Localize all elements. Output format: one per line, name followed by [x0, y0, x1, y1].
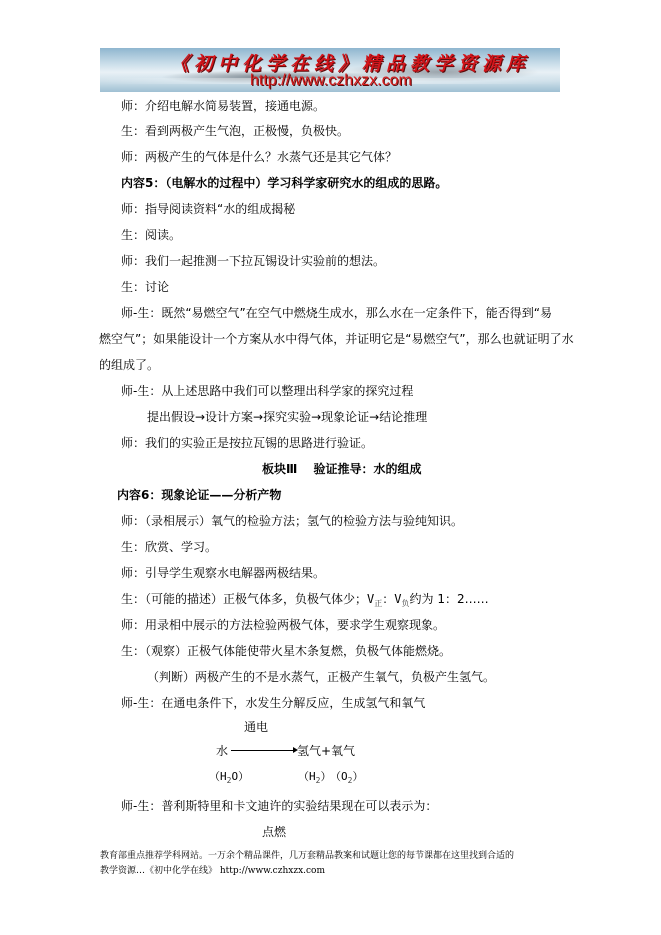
- formula-water: （H2O）: [209, 770, 249, 788]
- dialogue-line-continued: 燃空气”；如果能设计一个方案从水中得气体，并证明它是“易燃空气”，那么也就证明了…: [99, 332, 574, 346]
- dialogue-line: 师：我们的实验正是按拉瓦锡的思路进行验证。: [121, 436, 373, 450]
- dialogue-line: 生：讨论: [121, 280, 169, 294]
- dialogue-line: 生：看到两极产生气泡，正极慢，负极快。: [121, 124, 349, 138]
- dialogue-line: 师-生：普利斯特里和卡文迪许的实验结果现在可以表示为：: [121, 799, 437, 813]
- formula-oxygen: （O2）: [330, 770, 363, 788]
- dialogue-line-volume-ratio: 生：（可能的描述）正极气体多，负极气体少；V正：V负约为 1：2……: [121, 592, 489, 611]
- banner-url-link[interactable]: http://www.czhxzx.com: [250, 72, 412, 90]
- dialogue-line-judgement: （判断）两极产生的不是水蒸气，正极产生氧气，负极产生氢气。: [147, 670, 495, 684]
- reactant-water: 水: [216, 744, 228, 758]
- volume-symbol: V: [394, 592, 401, 606]
- inquiry-process-steps: 提出假设→设计方案→探究实验→现象论证→结论推理: [147, 410, 427, 424]
- ratio-colon: ：: [382, 592, 394, 606]
- dialogue-line: 师：用录相中展示的方法检验两极气体，要求学生观察现象。: [121, 618, 445, 632]
- dialogue-line: 师：指导阅读资料“水的组成揭秘: [121, 202, 295, 216]
- ratio-value: 约为 1：2……: [410, 592, 489, 606]
- footer-site-name: 教学资源…《初中化学在线》: [100, 866, 217, 876]
- formula-text: ）: [352, 770, 363, 783]
- dialogue-line-continued: 的组成了。: [99, 358, 159, 372]
- reaction-condition-electricity: 通电: [244, 720, 268, 734]
- formula-text: （H: [209, 770, 227, 783]
- negative-subscript: 负: [402, 599, 410, 608]
- dialogue-line: 生：（观察）正极气体能使带火星木条复燃，负极气体能燃烧。: [121, 644, 451, 658]
- dialogue-line: 师：（录相展示）氧气的检验方法；氢气的检验方法与验纯知识。: [121, 514, 463, 528]
- section-heading-block-3: 板块Ⅲ 验证推导：水的组成: [262, 462, 422, 476]
- site-banner[interactable]: 《初中化学在线》精品教学资源库 http://www.czhxzx.com: [100, 48, 560, 92]
- section-heading-content-5: 内容5：（电解水的过程中）学习科学家研究水的组成的思路。: [121, 176, 447, 190]
- footer-promo-line-2: 教学资源…《初中化学在线》 http://www.czhxzx.com: [100, 866, 325, 877]
- formula-text: （H: [298, 770, 316, 783]
- section-heading-content-6: 内容6：现象论证——分析产物: [117, 488, 281, 502]
- products-hydrogen-oxygen: 氢气+氧气: [297, 744, 355, 758]
- reaction-arrow-icon: [231, 750, 295, 751]
- dialogue-line: 师：我们一起推测一下拉瓦锡设计实验前的想法。: [121, 254, 385, 268]
- ratio-description: 生：（可能的描述）正极气体多，负极气体少；: [121, 592, 367, 606]
- formula-text: （O: [330, 770, 348, 783]
- dialogue-line: 师-生：从上述思路中我们可以整理出科学家的探究过程: [121, 384, 413, 398]
- dialogue-line: 生：阅读。: [121, 228, 181, 242]
- dialogue-line: 师-生：既然“易燃空气”在空气中燃烧生成水，那么水在一定条件下，能否得到“易: [121, 306, 552, 320]
- dialogue-line: 生：欣赏、学习。: [121, 540, 217, 554]
- dialogue-line: 师：两极产生的气体是什么？水蒸气还是其它气体？: [121, 150, 397, 164]
- footer-promo-line-1: 教育部重点推荐学科网站。一万余个精品课件，几万套精品教案和试题让您的每节课都在这…: [100, 851, 514, 862]
- footer-url-link[interactable]: http://www.czhxzx.com: [220, 866, 325, 876]
- formula-text: O）: [231, 770, 249, 783]
- formula-hydrogen: （H2）: [298, 770, 331, 788]
- reaction-condition-ignition: 点燃: [262, 825, 286, 839]
- dialogue-line: 师：引导学生观察水电解器两极结果。: [121, 566, 325, 580]
- dialogue-line: 师-生：在通电条件下，水发生分解反应，生成氢气和氧气: [121, 696, 425, 710]
- dialogue-line: 师：介绍电解水简易装置，接通电源。: [121, 99, 325, 113]
